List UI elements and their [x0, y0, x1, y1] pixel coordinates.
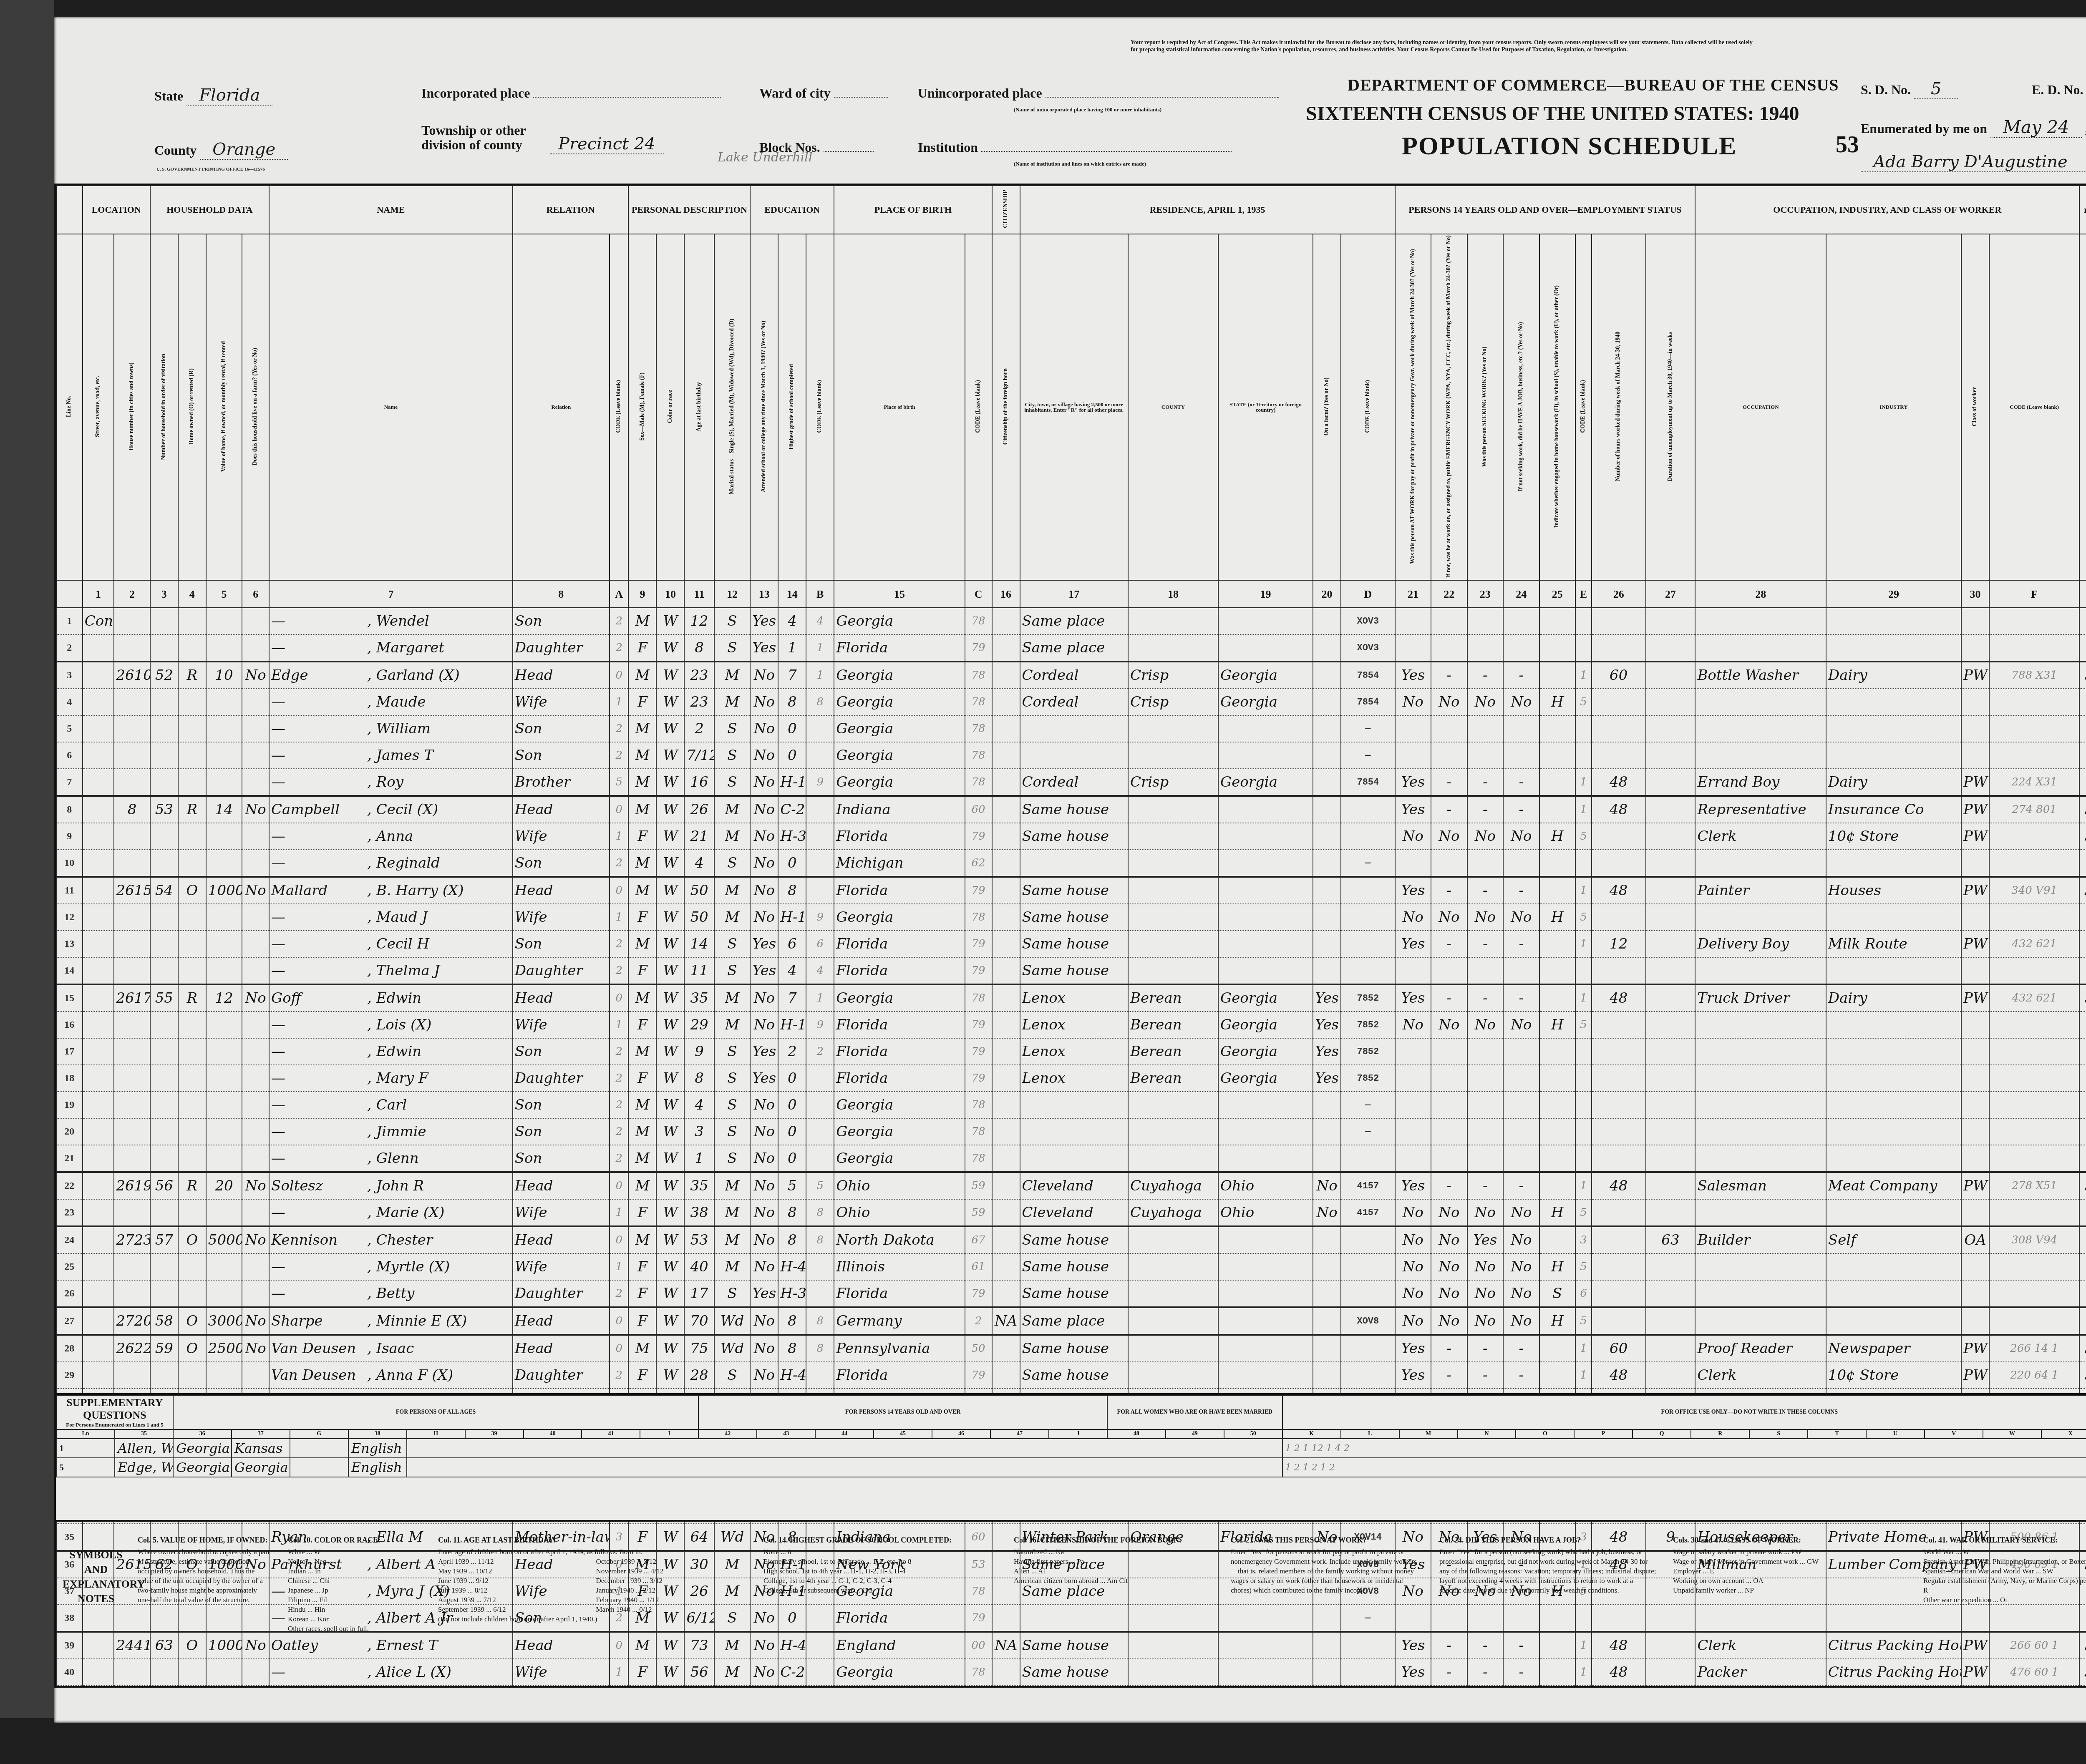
cell-own [178, 1092, 206, 1118]
cell-marital: S [714, 608, 750, 634]
cell-own [178, 1145, 206, 1172]
cell-grade: 7 [778, 984, 806, 1012]
cell-hh [150, 1012, 178, 1038]
cell-c27 [1646, 796, 1696, 823]
cell-res-farm [1313, 1092, 1341, 1118]
cell-occ [1695, 1280, 1826, 1307]
cell-cit [992, 1118, 1020, 1145]
cell-codeE [1575, 850, 1592, 877]
cell-grade: 8 [778, 1199, 806, 1226]
cell-codeC: 62 [965, 850, 992, 877]
cell-occ [1695, 608, 1826, 634]
cell-codeD [1341, 957, 1395, 984]
column-label: Relation [551, 404, 571, 410]
supp-name: Edge, William [115, 1458, 173, 1477]
cell-street [83, 823, 114, 850]
cell-codeB: 4 [806, 957, 834, 984]
cell-cit: NA [992, 1307, 1020, 1335]
cell-age: 50 [684, 877, 714, 904]
cell-marital: M [714, 877, 750, 904]
cell-codeD: 7854 [1341, 662, 1395, 689]
census-row: 23—, Marie (X)Wife1FW38MNo88Ohio59Clevel… [56, 1199, 2086, 1226]
cell-res-city [1020, 1145, 1128, 1172]
cell-house [114, 904, 150, 931]
cell-value: 5000 [206, 1226, 242, 1253]
cell-c25: H [1539, 689, 1575, 715]
cell-relation: Son [513, 715, 610, 742]
cell-codeF [1989, 904, 2079, 931]
cell-cls: PW [1961, 823, 1989, 850]
cell-street [83, 796, 114, 823]
cell-codeE: 5 [1575, 1199, 1592, 1226]
cell-codeE [1575, 1118, 1592, 1145]
cell-c21 [1395, 1092, 1431, 1118]
cell-res-county [1128, 823, 1218, 850]
cell-c26 [1592, 1226, 1646, 1253]
cell-school: Yes [750, 931, 778, 957]
cell-house [114, 715, 150, 742]
notes-title: SYMBOLS AND EXPLANATORY NOTES [63, 1548, 129, 1606]
incorporated-place-label: Incorporated place [421, 86, 530, 101]
cell-cls [1961, 1145, 1989, 1172]
cell-codeC: 60 [965, 796, 992, 823]
cell-sex: M [628, 715, 656, 742]
cell-value: 10 [206, 662, 242, 689]
cell-cls [1961, 715, 1989, 742]
cell-c22: No [1431, 1253, 1467, 1280]
given-name: Maude [376, 694, 426, 710]
cell-c22: - [1431, 1335, 1467, 1362]
given-name: Carl [376, 1097, 407, 1113]
cell-street [83, 957, 114, 984]
cell-codeE: 6 [1575, 1280, 1592, 1307]
cell-sex: M [628, 608, 656, 634]
supp-col-46: 46 [932, 1429, 990, 1439]
cell-grade: 8 [778, 1335, 806, 1362]
cell-occ: Painter [1695, 877, 1826, 904]
surname: Sharpe [271, 1313, 367, 1329]
cell-c25 [1539, 850, 1575, 877]
cell-farm [242, 1145, 269, 1172]
cell-c27 [1646, 1362, 1696, 1389]
column-number: 21 [1395, 580, 1431, 608]
cell-codeE [1575, 742, 1592, 769]
cell-c31 [2079, 1092, 2086, 1118]
cell-farm [242, 608, 269, 634]
cell-farm: No [242, 1335, 269, 1362]
cell-marital: M [714, 984, 750, 1012]
cell-cit [992, 662, 1020, 689]
cell-c26 [1592, 1092, 1646, 1118]
cell-house: 8 [114, 796, 150, 823]
cell-occ: Bottle Washer [1695, 662, 1826, 689]
supplementary-row: 1 Allen, Wendal Georgia Kansas English 1… [56, 1439, 2086, 1458]
cell-street [83, 634, 114, 662]
cell-age: 35 [684, 984, 714, 1012]
cell-codeA: 0 [610, 796, 628, 823]
cell-res-county [1128, 1226, 1218, 1253]
note-item: Negro ... Neg [288, 1557, 421, 1567]
note-item: November 1939 ... 4/12 [596, 1567, 747, 1576]
cell-c23 [1467, 850, 1503, 877]
note-item: Wage or salary worker in private work ..… [1673, 1548, 1907, 1557]
cell-grade: 8 [778, 1307, 806, 1335]
ward-field: Ward of city [759, 86, 888, 101]
note-col30-list: Wage or salary worker in private work ..… [1673, 1548, 1907, 1595]
column-number: 2 [114, 580, 150, 608]
cell-race: W [656, 1307, 684, 1335]
cell-codeB: 1 [806, 662, 834, 689]
cell-hh: 59 [150, 1335, 178, 1362]
surname: — [271, 1285, 367, 1302]
cell-codeF: 788 X31 [1989, 662, 2079, 689]
cell-codeC: 2 [965, 1307, 992, 1335]
cell-school: No [750, 1335, 778, 1362]
cell-res-state: Georgia [1218, 1038, 1313, 1065]
cell-farm [242, 904, 269, 931]
cell-c31 [2079, 634, 2086, 662]
cell-cit [992, 1362, 1020, 1389]
cell-c27 [1646, 1145, 1696, 1172]
cell-sex: M [628, 769, 656, 796]
cell-codeF [1989, 1012, 2079, 1038]
cell-codeA: 2 [610, 1038, 628, 1065]
cell-codeA: 2 [610, 1280, 628, 1307]
cell-grade: 4 [778, 957, 806, 984]
cell-value [206, 1118, 242, 1145]
cell-grade: H-3 [778, 823, 806, 850]
cell-house [114, 931, 150, 957]
supp-office-l: L [1341, 1429, 1399, 1439]
cell-codeC: 59 [965, 1199, 992, 1226]
cell-c22: No [1431, 904, 1467, 931]
cell-c31 [2079, 1065, 2086, 1092]
cell-c27 [1646, 877, 1696, 904]
cell-c22: - [1431, 984, 1467, 1012]
supp-code-h: H [407, 1429, 465, 1439]
cell-street [83, 742, 114, 769]
column-label: Citizenship of the foreign born [1003, 368, 1009, 445]
supp-office-x: X [2041, 1429, 2086, 1439]
column-number: F [1989, 580, 2079, 608]
cell-c25: H [1539, 1307, 1575, 1335]
cell-res-city: Same place [1020, 1307, 1128, 1335]
cell-marital: S [714, 1362, 750, 1389]
cell-c26 [1592, 1199, 1646, 1226]
note-item: Spanish-American War, Philippine Insurre… [1923, 1557, 2086, 1567]
cell-cls: PW [1961, 984, 1989, 1012]
cell-c23 [1467, 715, 1503, 742]
cell-race: W [656, 1038, 684, 1065]
supp-office-marks: 1 2 1 12 1 4 2 [1282, 1439, 2086, 1458]
cell-ind [1826, 1038, 1961, 1065]
cell-c21: No [1395, 1012, 1431, 1038]
cell-c26: 48 [1592, 877, 1646, 904]
cell-codeB [806, 742, 834, 769]
cell-c21: No [1395, 1226, 1431, 1253]
surname: Mallard [271, 882, 367, 899]
citizenship-label: CITIZENSHIP [1003, 190, 1009, 228]
column-number: 16 [992, 580, 1020, 608]
cell-codeF [1989, 1038, 2079, 1065]
cell-own [178, 769, 206, 796]
cell-line: 7 [56, 769, 83, 796]
given-name: Edwin [376, 1043, 421, 1060]
cell-c26 [1592, 1118, 1646, 1145]
cell-cit [992, 1199, 1020, 1226]
cell-codeE: 5 [1575, 1307, 1592, 1335]
surname: — [271, 1204, 367, 1221]
cell-res-state [1218, 608, 1313, 634]
cell-marital: S [714, 850, 750, 877]
cell-cit [992, 931, 1020, 957]
supp-language-header: 38 [348, 1429, 407, 1439]
cell-farm [242, 931, 269, 957]
cell-c26 [1592, 1307, 1646, 1335]
cell-hh [150, 1092, 178, 1118]
column-label: CODE (Leave blank) [817, 380, 823, 433]
person-name: Sharpe, Minnie E (X) [269, 1307, 513, 1335]
supp-line-header: Ln [56, 1429, 115, 1439]
cell-c22 [1431, 957, 1467, 984]
cell-res-state [1218, 904, 1313, 931]
person-name: Van Deusen, Isaac [269, 1335, 513, 1362]
cell-marital: S [714, 957, 750, 984]
column-desc-7: Name [269, 234, 513, 580]
supp-code-g: G [290, 1429, 348, 1439]
person-name: —, Anna [269, 823, 513, 850]
cell-codeC: 78 [965, 689, 992, 715]
cell-c21 [1395, 957, 1431, 984]
cell-c25 [1539, 1226, 1575, 1253]
cell-res-city: Cleveland [1020, 1199, 1128, 1226]
note-item: Elementary school, 1st to 8th grade ... … [763, 1557, 997, 1567]
cell-hh [150, 1065, 178, 1092]
cell-cit [992, 608, 1020, 634]
cell-c22: - [1431, 877, 1467, 904]
cell-own: R [178, 984, 206, 1012]
cell-birth: Florida [834, 1065, 965, 1092]
note-col5: Col. 5. VALUE OF HOME, IF OWNED: Where o… [138, 1535, 271, 1605]
cell-c27 [1646, 742, 1696, 769]
cell-age: 4 [684, 1092, 714, 1118]
cell-ind [1826, 1012, 1961, 1038]
cell-house: 2615 [114, 877, 150, 904]
cell-c24: - [1503, 931, 1539, 957]
cell-c23: No [1467, 1253, 1503, 1280]
supp-language: English [348, 1439, 407, 1458]
cell-codeB [806, 877, 834, 904]
cell-codeA: 1 [610, 1199, 628, 1226]
cell-c22 [1431, 742, 1467, 769]
cell-school: No [750, 1362, 778, 1389]
census-row: 20—, JimmieSon2MW3SNo0Georgia78— [56, 1118, 2086, 1145]
column-number: 6 [242, 580, 269, 608]
note-col10: Col. 10. COLOR OR RACE: White ... WNegro… [288, 1535, 421, 1634]
cell-own [178, 1199, 206, 1226]
cell-codeE [1575, 1065, 1592, 1092]
cell-house [114, 608, 150, 634]
column-desc-9: Sex—Male (M), Female (F) [628, 234, 656, 580]
cell-farm [242, 850, 269, 877]
institution-label: Institution [918, 140, 978, 155]
cell-c23 [1467, 1118, 1503, 1145]
cell-own: R [178, 662, 206, 689]
cell-c21: No [1395, 1280, 1431, 1307]
cell-res-farm [1313, 1118, 1341, 1145]
cell-own [178, 1065, 206, 1092]
cell-res-farm [1313, 742, 1341, 769]
supp-col-47: 47 [990, 1429, 1049, 1439]
cell-age: 7/12 [684, 742, 714, 769]
cell-res-county [1128, 904, 1218, 931]
cell-street [83, 1199, 114, 1226]
cell-c24 [1503, 1145, 1539, 1172]
cell-c31 [2079, 1118, 2086, 1145]
cell-relation: Head [513, 1307, 610, 1335]
column-desc-2: House number (in cities and towns) [114, 234, 150, 580]
cell-cls: PW [1961, 931, 1989, 957]
cell-c31 [2079, 1038, 2086, 1065]
cell-res-county [1128, 1362, 1218, 1389]
cell-c24 [1503, 634, 1539, 662]
cell-line: 26 [56, 1280, 83, 1307]
cell-race: W [656, 742, 684, 769]
person-name: Kennison, Chester [269, 1226, 513, 1253]
column-desc-10: Color or race [656, 234, 684, 580]
cell-codeF: 432 621 [1989, 984, 2079, 1012]
supplementary-subtitle: For Persons Enumerated on Lines 1 and 5 [58, 1422, 172, 1428]
cell-grade: 8 [778, 1226, 806, 1253]
cell-codeE: 1 [1575, 1172, 1592, 1199]
given-name: Cecil (X) [376, 801, 438, 818]
cell-codeC: 78 [965, 715, 992, 742]
note-item: Regular establishment (Army, Navy, or Ma… [1923, 1576, 2086, 1595]
cell-codeC: 78 [965, 608, 992, 634]
cell-ind [1826, 608, 1961, 634]
cell-grade: H-1 [778, 904, 806, 931]
column-label: Does this household live on a farm? (Yes… [252, 348, 259, 466]
supp-office-marks: 1 2 1 2 1 2 [1282, 1458, 2086, 1477]
surname: — [271, 694, 367, 710]
person-name: —, Myrtle (X) [269, 1253, 513, 1280]
note-item: Indian ... In [288, 1567, 421, 1576]
column-desc-19: STATE (or Territory or foreign country) [1218, 234, 1313, 580]
supp-col-50: 50 [1224, 1429, 1282, 1439]
cell-relation: Head [513, 984, 610, 1012]
census-row: 13—, Cecil HSon2MW14SYes66Florida79Same … [56, 931, 2086, 957]
cell-c24: - [1503, 1335, 1539, 1362]
cell-birth: Florida [834, 1362, 965, 1389]
cell-c24: No [1503, 1012, 1539, 1038]
cell-hh [150, 1253, 178, 1280]
cell-c27 [1646, 1307, 1696, 1335]
state-value: Florida [186, 86, 272, 106]
column-desc-D: CODE (Leave blank) [1341, 234, 1395, 580]
unincorporated-place-value [1046, 97, 1279, 98]
cell-c24 [1503, 1038, 1539, 1065]
cell-codeF: 432 621 [1989, 931, 2079, 957]
cell-value: 14 [206, 796, 242, 823]
cell-ind [1826, 1092, 1961, 1118]
cell-c31: 0 [2079, 1280, 2086, 1307]
cell-grade: 6 [778, 931, 806, 957]
cell-age: 1 [684, 1145, 714, 1172]
cell-codeE: 1 [1575, 931, 1592, 957]
cell-codeF [1989, 608, 2079, 634]
cell-race: W [656, 931, 684, 957]
cell-grade: 0 [778, 850, 806, 877]
column-label: CODE (Leave blank) [1580, 380, 1587, 433]
cell-relation: Son [513, 931, 610, 957]
cell-school: No [750, 742, 778, 769]
cell-res-farm: No [1313, 1199, 1341, 1226]
cell-sex: F [628, 957, 656, 984]
cell-codeA: 0 [610, 1226, 628, 1253]
cell-c23 [1467, 1038, 1503, 1065]
column-label: If not seeking work, did he HAVE A JOB, … [1518, 322, 1524, 491]
column-number: 14 [778, 580, 806, 608]
surname: — [271, 828, 367, 845]
cell-codeB: 8 [806, 689, 834, 715]
cell-codeC: 78 [965, 904, 992, 931]
cell-c25 [1539, 715, 1575, 742]
cell-c23: Yes [1467, 1226, 1503, 1253]
supp-code-i: I [640, 1429, 698, 1439]
cell-farm: No [242, 1226, 269, 1253]
column-number: 28 [1695, 580, 1826, 608]
cell-ind: Self [1826, 1226, 1961, 1253]
note-item: May 1939 ... 10/12 [438, 1567, 589, 1576]
supp-office-r: R [1691, 1429, 1749, 1439]
cell-age: 11 [684, 957, 714, 984]
cell-age: 12 [684, 608, 714, 634]
cell-grade: 7 [778, 662, 806, 689]
cell-street [83, 1145, 114, 1172]
cell-res-farm [1313, 634, 1341, 662]
cell-farm: No [242, 984, 269, 1012]
cell-c24 [1503, 957, 1539, 984]
surname: — [271, 1123, 367, 1140]
note-item: March 1940 ... 0/12 [596, 1605, 747, 1615]
cell-grade: 0 [778, 1118, 806, 1145]
note-col11-title: Col. 11. AGE AT LAST BIRTHDAY: [438, 1535, 747, 1545]
census-row: 16—, Lois (X)Wife1FW29MNoH-19Florida79Le… [56, 1012, 2086, 1038]
supp-col-44: 44 [815, 1429, 874, 1439]
census-row: 3261052R10NoEdge, Garland (X)Head0MW23MN… [56, 662, 2086, 689]
cell-house: 2610 [114, 662, 150, 689]
cell-c22: No [1431, 1012, 1467, 1038]
cell-occ [1695, 1012, 1826, 1038]
cell-res-county [1128, 850, 1218, 877]
cell-c25 [1539, 742, 1575, 769]
note-item: Other war or expedition ... Ot [1923, 1595, 2086, 1605]
cell-codeB [806, 1118, 834, 1145]
cell-street [83, 1307, 114, 1335]
supp-code-j: J [1049, 1429, 1107, 1439]
cell-own [178, 689, 206, 715]
cell-ind [1826, 1118, 1961, 1145]
cell-res-farm [1313, 957, 1341, 984]
cell-relation: Head [513, 1226, 610, 1253]
cell-c22: - [1431, 1362, 1467, 1389]
income-header: INCOME IN 1939 (12 months ending Decembe… [2079, 186, 2086, 234]
cell-res-farm: Yes [1313, 1065, 1341, 1092]
cell-codeA: 2 [610, 715, 628, 742]
cell-birth: Georgia [834, 984, 965, 1012]
cell-c21: No [1395, 689, 1431, 715]
cell-value [206, 608, 242, 634]
